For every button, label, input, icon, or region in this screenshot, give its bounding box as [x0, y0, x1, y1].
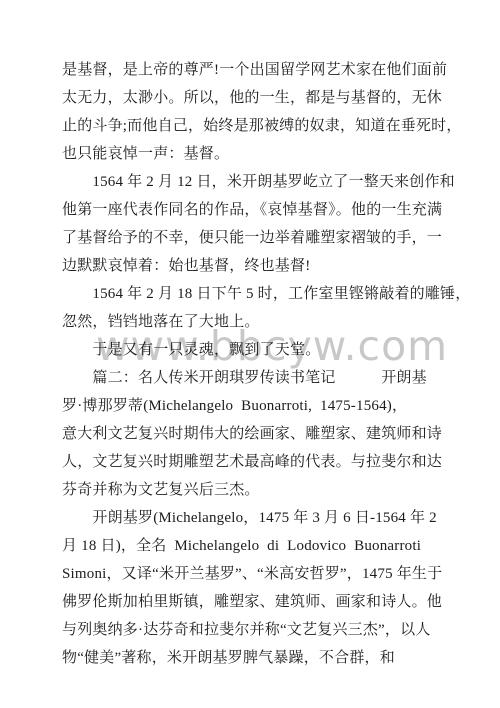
text-line: 意大利文艺复兴时期伟大的绘画家、雕塑家、建筑师和诗	[62, 420, 444, 448]
text-line: 物“健美”著称，米开朗基罗脾气暴躁，不合群，和	[62, 644, 444, 672]
text-line: 开朗基罗(Michelangelo，1475 年 3 月 6 日-1564 年 …	[62, 504, 444, 532]
text-line: 是基督，是上帝的尊严!一个出国留学网艺术家在他们面前	[62, 56, 444, 84]
text-line: 忽然，铛铛地落在了大地上。	[62, 308, 444, 336]
text-line: 与列奥纳多·达芬奇和拉斐尔并称“文艺复兴三杰”，以人	[62, 616, 444, 644]
text-line: 于是又有一只灵魂，飘到了天堂。	[62, 336, 444, 364]
text-line: 人，文艺复兴时期雕塑艺术最高峰的代表。与拉斐尔和达	[62, 448, 444, 476]
document-page: www.bbcyw.com 是基督，是上帝的尊严!一个出国留学网艺术家在他们面前…	[0, 0, 500, 708]
text-line: 芬奇并称为文艺复兴后三杰。	[62, 476, 444, 504]
document-text: 是基督，是上帝的尊严!一个出国留学网艺术家在他们面前 太无力，太渺小。所以，他的…	[62, 56, 444, 672]
text-line: 太无力，太渺小。所以，他的一生，都是与基督的，无休	[62, 84, 444, 112]
text-line: 1564 年 2 月 18 日下午 5 时，工作室里铿锵敲着的雕锤，	[62, 280, 444, 308]
text-line: 1564 年 2 月 12 日，米开朗基罗屹立了一整天来创作和	[62, 168, 444, 196]
text-line: 边默默哀悼着：始也基督，终也基督!	[62, 252, 444, 280]
text-line: 了基督给予的不幸，便只能一边举着雕塑家褶皱的手，一	[62, 224, 444, 252]
text-line: 也只能哀悼一声：基督。	[62, 140, 444, 168]
text-line: 罗·博那罗蒂(Michelangelo Buonarroti, 1475-156…	[62, 392, 444, 420]
text-line: 篇二：名人传米开朗琪罗传读书笔记 开朗基	[62, 364, 444, 392]
text-line: Simoni，又译“米开兰基罗”、“米高安哲罗”，1475 年生于	[62, 560, 444, 588]
text-line: 月 18 日)，全名 Michelangelo di Lodovico Buon…	[62, 532, 444, 560]
text-line: 他第一座代表作同名的作品，《哀悼基督》。他的一生充满	[62, 196, 444, 224]
text-line: 止的斗争;而他自己，始终是那被缚的奴隶，知道在垂死时，	[62, 112, 444, 140]
text-line: 佛罗伦斯加柏里斯镇，雕塑家、建筑师、画家和诗人。他	[62, 588, 444, 616]
